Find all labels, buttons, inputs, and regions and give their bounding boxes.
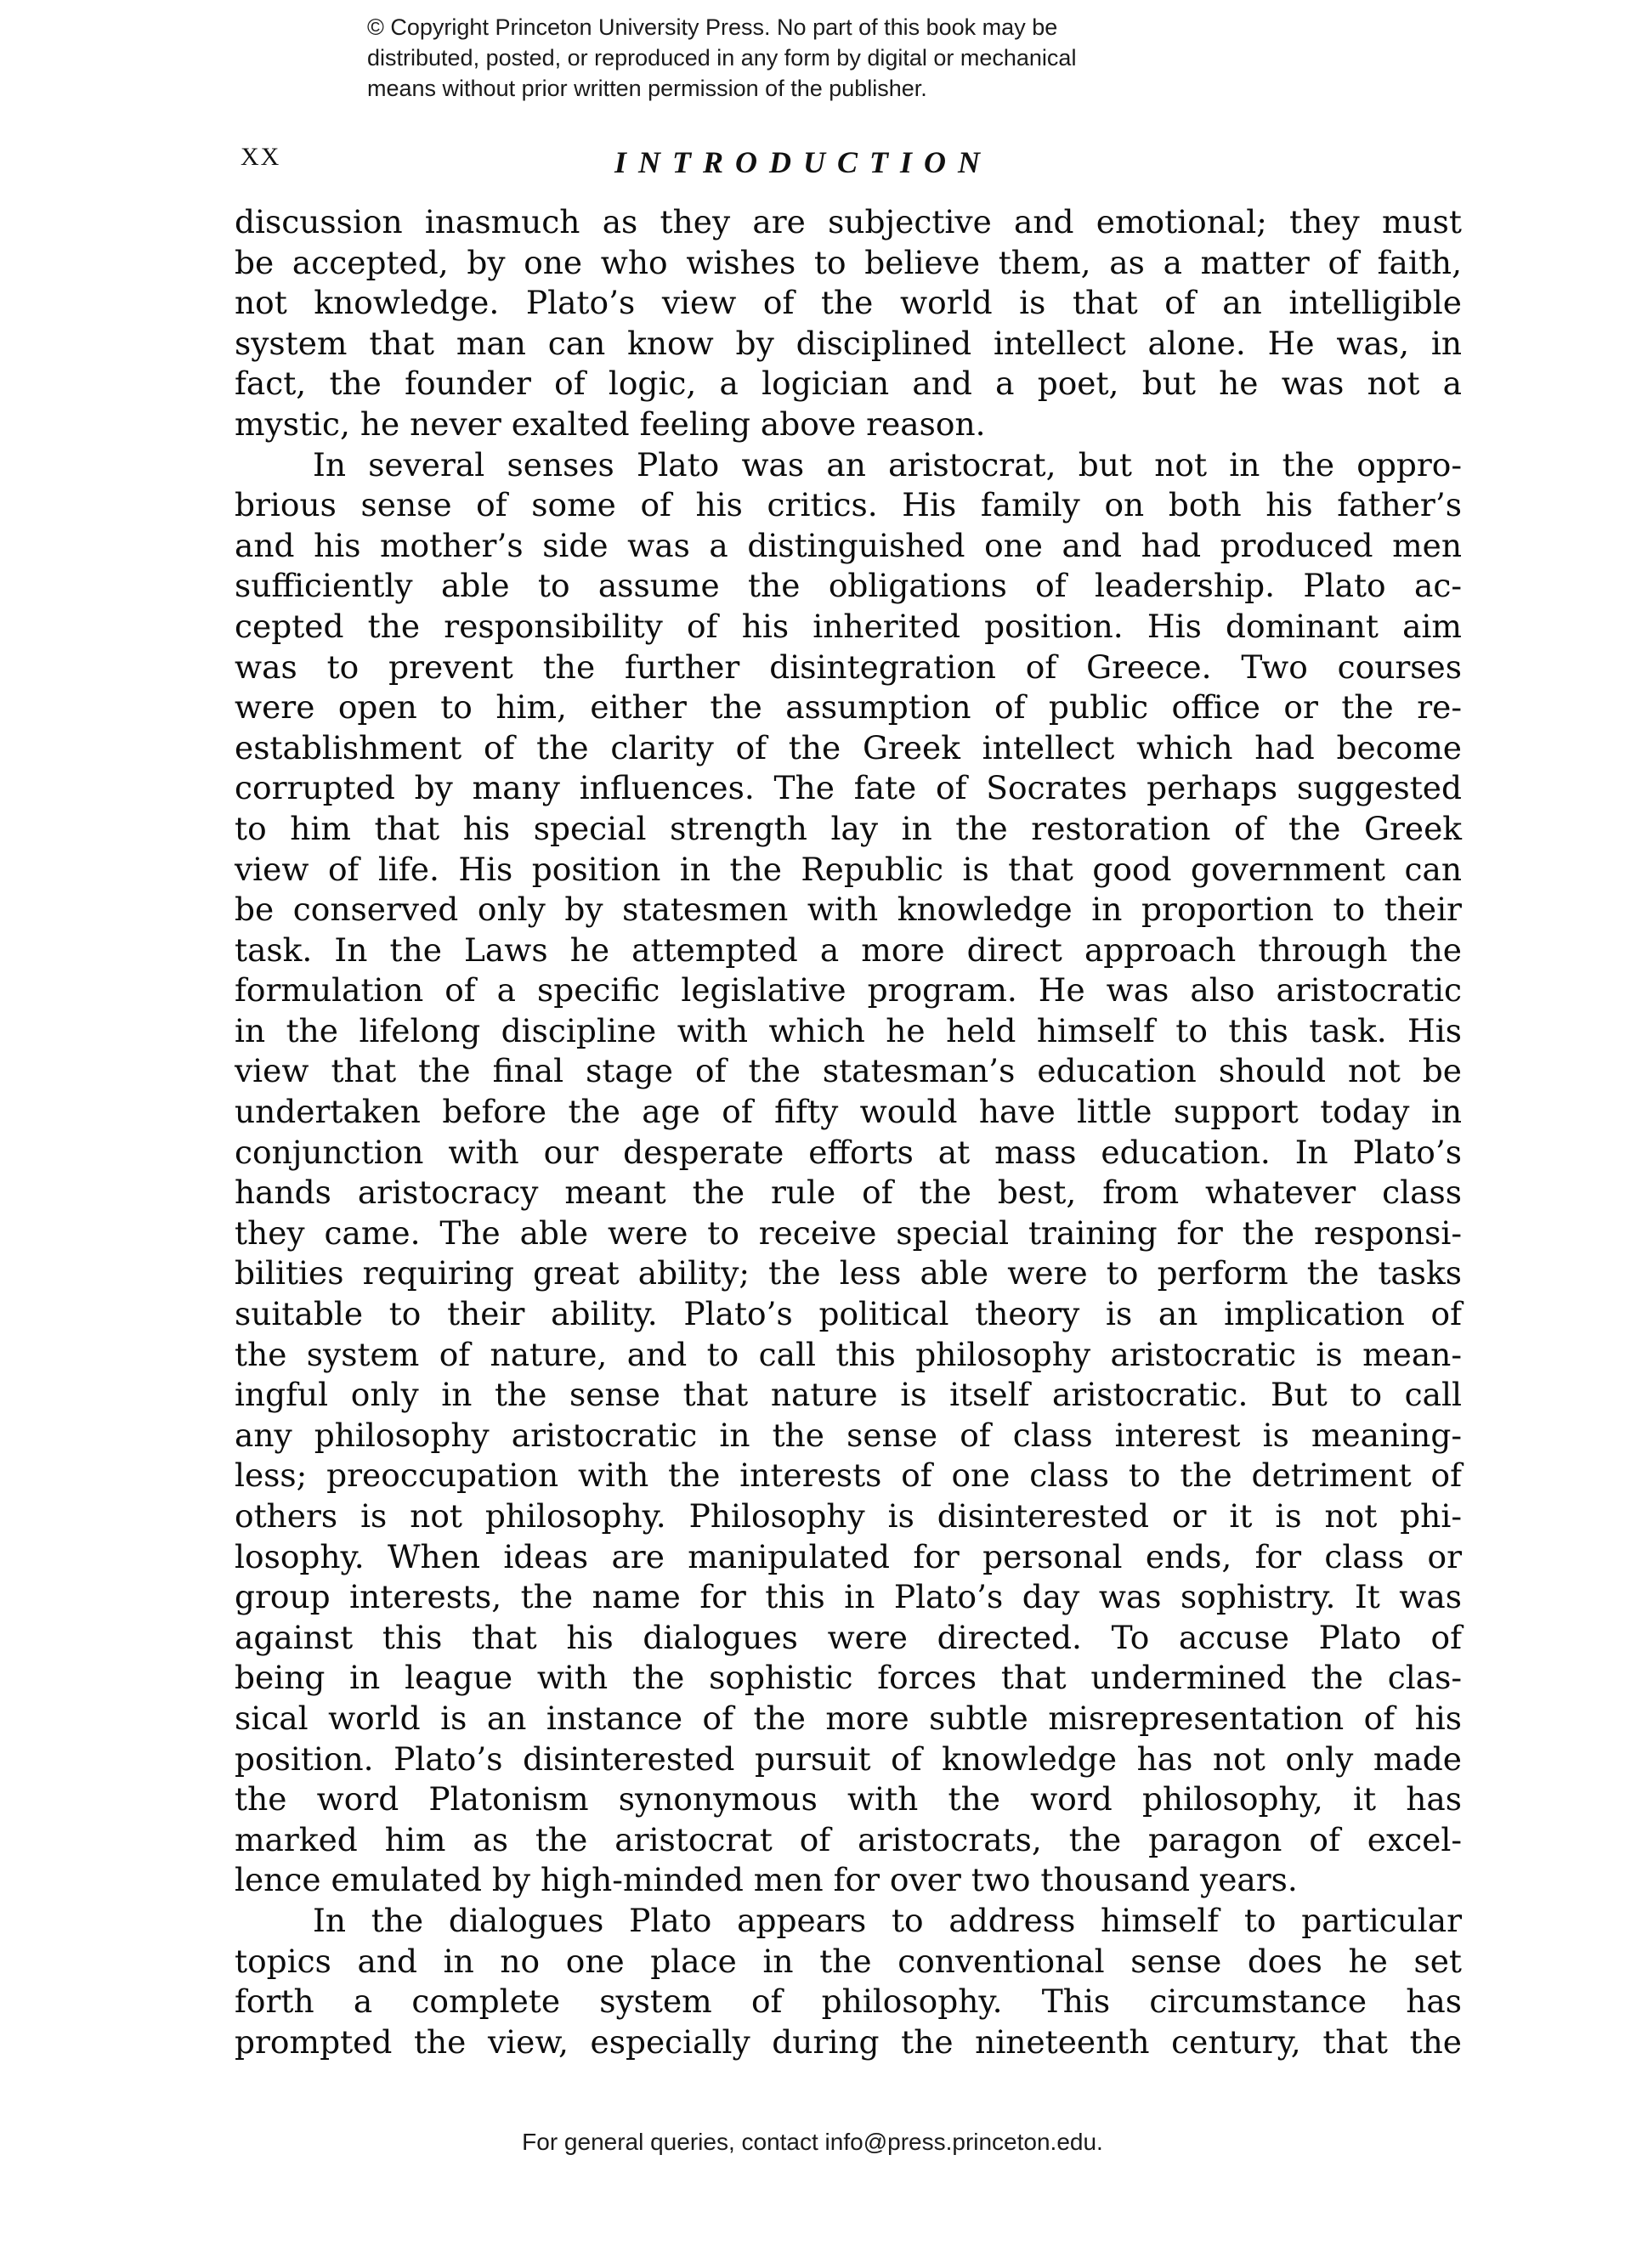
chapter-title: INTRODUCTION xyxy=(614,144,992,180)
text-line: task. In the Laws he attempted a more di… xyxy=(235,930,1462,971)
text-line: suitable to their ability. Plato’s polit… xyxy=(235,1294,1462,1335)
text-line: the word Platonism synonymous with the w… xyxy=(235,1779,1462,1820)
text-line: marked him as the aristocrat of aristocr… xyxy=(235,1820,1462,1861)
text-line: others is not philosophy. Philosophy is … xyxy=(235,1496,1462,1537)
page-number: XX xyxy=(241,143,280,172)
text-line: being in league with the sophistic force… xyxy=(235,1658,1462,1699)
text-line: formulation of a specific legislative pr… xyxy=(235,970,1462,1011)
text-line: discussion inasmuch as they are subjecti… xyxy=(235,202,1462,243)
footer-contact: For general queries, contact info@press.… xyxy=(0,2129,1625,2156)
running-head: XX INTRODUCTION xyxy=(241,143,1462,185)
text-line: was to prevent the further disintegratio… xyxy=(235,648,1462,688)
text-line: losophy. When ideas are manipulated for … xyxy=(235,1537,1462,1578)
copyright-line: means without prior written permission o… xyxy=(367,73,1217,104)
copyright-notice: © Copyright Princeton University Press. … xyxy=(367,12,1217,104)
text-line: forth a complete system of philosophy. T… xyxy=(235,1982,1462,2022)
text-line: view that the final stage of the statesm… xyxy=(235,1051,1462,1092)
text-line: not knowledge. Plato’s view of the world… xyxy=(235,283,1462,324)
text-line: be accepted, by one who wishes to believ… xyxy=(235,243,1462,284)
text-line: fact, the founder of logic, a logician a… xyxy=(235,364,1462,404)
text-line: system that man can know by disciplined … xyxy=(235,324,1462,365)
text-line: group interests, the name for this in Pl… xyxy=(235,1577,1462,1618)
text-line: sical world is an instance of the more s… xyxy=(235,1699,1462,1739)
text-line: prompted the view, especially during the… xyxy=(235,2022,1462,2063)
text-line: less; preoccupation with the interests o… xyxy=(235,1456,1462,1496)
text-line: topics and in no one place in the conven… xyxy=(235,1942,1462,1982)
copyright-line: distributed, posted, or reproduced in an… xyxy=(367,42,1217,73)
text-line: sufficiently able to assume the obligati… xyxy=(235,566,1462,607)
text-line: conjunction with our desperate efforts a… xyxy=(235,1133,1462,1174)
text-line: In several senses Plato was an aristocra… xyxy=(235,445,1462,486)
text-line: hands aristocracy meant the rule of the … xyxy=(235,1173,1462,1213)
text-line: cepted the responsibility of his inherit… xyxy=(235,607,1462,648)
text-line: mystic, he never exalted feeling above r… xyxy=(235,404,1462,445)
text-line: in the lifelong discipline with which he… xyxy=(235,1011,1462,1052)
text-line: be conserved only by statesmen with know… xyxy=(235,890,1462,930)
text-line: any philosophy aristocratic in the sense… xyxy=(235,1416,1462,1456)
text-line: ingful only in the sense that nature is … xyxy=(235,1375,1462,1416)
text-line: they came. The able were to receive spec… xyxy=(235,1213,1462,1254)
text-line: to him that his special strength lay in … xyxy=(235,809,1462,850)
text-line: brious sense of some of his critics. His… xyxy=(235,485,1462,526)
copyright-line: © Copyright Princeton University Press. … xyxy=(367,12,1217,42)
text-line: view of life. His position in the Republ… xyxy=(235,850,1462,891)
text-line: and his mother’s side was a distinguishe… xyxy=(235,526,1462,567)
text-line: corrupted by many influences. The fate o… xyxy=(235,768,1462,809)
text-line: the system of nature, and to call this p… xyxy=(235,1335,1462,1376)
text-line: establishment of the clarity of the Gree… xyxy=(235,728,1462,769)
body-text: discussion inasmuch as they are subjecti… xyxy=(235,202,1462,2062)
text-line: bilities requiring great ability; the le… xyxy=(235,1253,1462,1294)
text-line: position. Plato’s disinterested pursuit … xyxy=(235,1739,1462,1780)
text-line: against this that his dialogues were dir… xyxy=(235,1618,1462,1659)
text-line: were open to him, either the assumption … xyxy=(235,687,1462,728)
text-line: undertaken before the age of fifty would… xyxy=(235,1092,1462,1133)
text-line: lence emulated by high-minded men for ov… xyxy=(235,1860,1462,1901)
text-line: In the dialogues Plato appears to addres… xyxy=(235,1901,1462,1942)
